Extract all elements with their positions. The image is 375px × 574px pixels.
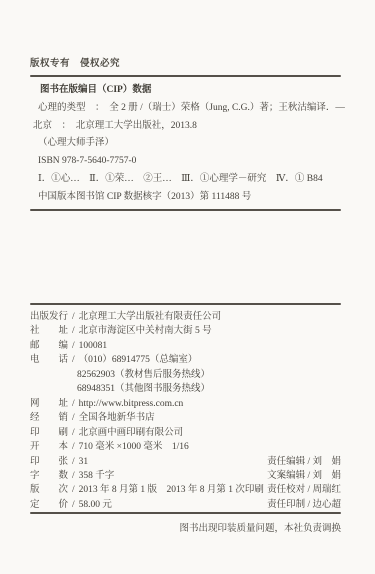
row-separator: / xyxy=(72,498,75,512)
colophon-row: 开本 / 710 毫米 ×1000 毫米 1/16 xyxy=(30,440,341,454)
row-separator: / xyxy=(72,411,75,425)
bottom-rule xyxy=(30,512,341,514)
row-value: 2013 年 8 月第 1 版 2013 年 8 月第 1 次印刷 xyxy=(79,483,264,497)
row-separator: / xyxy=(72,324,75,338)
colophon-row-continuation: 82562903（教材售后服务热线） xyxy=(30,368,341,382)
row-value: 58.00 元 xyxy=(79,498,112,512)
cip-bottom-rule xyxy=(30,209,341,211)
colophon-row: 版次 / 2013 年 8 月第 1 版 2013 年 8 月第 1 次印刷 责… xyxy=(30,483,341,497)
staff-credit: 责任校对 / 周瑞红 xyxy=(267,483,341,497)
row-label: 电话 xyxy=(30,353,68,367)
row-value: 82562903（教材售后服务热线） xyxy=(77,368,210,382)
row-separator: / xyxy=(72,397,75,411)
row-value: 北京画中画印刷有限公司 xyxy=(79,426,184,440)
cip-header: 图书在版编目（CIP）数据 xyxy=(40,82,350,100)
colophon-row: 出版发行 / 北京理工大学出版社有限责任公司 xyxy=(30,310,341,324)
colophon-row: 社址 / 北京市海淀区中关村南大街 5 号 xyxy=(30,324,341,338)
row-label: 出版发行 xyxy=(30,310,68,324)
row-label: 印刷 xyxy=(30,426,68,440)
row-value: 全国各地新华书店 xyxy=(79,411,155,425)
colophon-row: 邮编 / 100081 xyxy=(30,339,341,353)
row-separator: / xyxy=(72,440,75,454)
colophon-row-continuation: 68948351（其他图书服务热线） xyxy=(30,382,341,396)
row-label: 定价 xyxy=(30,498,68,512)
cip-block: 图书在版编目（CIP）数据 心理的类型 ： 全 2 册 /（瑞士）荣格（Jung… xyxy=(30,82,350,207)
quality-note: 图书出现印装质量问题，本社负责调换 xyxy=(179,520,341,534)
row-label: 经销 xyxy=(30,411,68,425)
row-separator: / xyxy=(72,310,75,324)
row-value: （010）68914775（总编室） xyxy=(79,353,198,367)
row-label: 字数 xyxy=(30,469,68,483)
row-value: 710 毫米 ×1000 毫米 1/16 xyxy=(79,440,189,454)
colophon-block: 出版发行 / 北京理工大学出版社有限责任公司 社址 / 北京市海淀区中关村南大街… xyxy=(30,310,341,512)
row-label: 邮编 xyxy=(30,339,68,353)
staff-credit: 责任编辑 / 刘 娟 xyxy=(267,455,341,469)
row-separator: / xyxy=(72,455,75,469)
row-separator: / xyxy=(72,483,75,497)
row-label: 社址 xyxy=(30,324,68,338)
cip-classification-line: Ⅰ．①心… Ⅱ．①荣… ②王… Ⅲ．①心理学－研究 Ⅳ．① B84 xyxy=(38,171,350,189)
row-label: 网址 xyxy=(30,397,68,411)
cip-publisher-line: 北京 ： 北京理工大学出版社，2013.8 xyxy=(33,118,350,136)
colophon-row: 印刷 / 北京画中画印刷有限公司 xyxy=(30,426,341,440)
row-separator: / xyxy=(72,353,75,367)
cip-title-line: 心理的类型 ： 全 2 册 /（瑞士）荣格（Jung, C.G.）著；王秋沽编译… xyxy=(38,100,350,118)
colophon-row: 网址 / http://www.bitpress.com.cn xyxy=(30,397,341,411)
copyright-notice: 版权专有 侵权必究 xyxy=(30,55,120,69)
row-value: 68948351（其他图书服务热线） xyxy=(77,382,210,396)
colophon-row: 印张 / 31 责任编辑 / 刘 娟 xyxy=(30,455,341,469)
row-value: 100081 xyxy=(79,339,108,353)
top-rule xyxy=(30,75,341,77)
row-value: 31 xyxy=(79,455,89,469)
colophon-top-rule xyxy=(30,303,341,305)
row-value: 北京市海淀区中关村南大街 5 号 xyxy=(79,324,212,338)
row-separator: / xyxy=(72,339,75,353)
colophon-row: 定价 / 58.00 元 责任印制 / 边心超 xyxy=(30,498,341,512)
colophon-row: 字数 / 358 千字 文案编辑 / 刘 娟 xyxy=(30,469,341,483)
row-value: 358 千字 xyxy=(79,469,115,483)
cip-registration-line: 中国版本图书馆 CIP 数据核字（2013）第 111488 号 xyxy=(38,189,350,207)
cip-series-line: （心理大师手泽） xyxy=(38,135,350,153)
cip-isbn-line: ISBN 978-7-5640-7757-0 xyxy=(38,153,350,171)
row-label: 开本 xyxy=(30,440,68,454)
row-value: 北京理工大学出版社有限责任公司 xyxy=(79,310,222,324)
colophon-row: 电话 / （010）68914775（总编室） xyxy=(30,353,341,367)
colophon-row: 经销 / 全国各地新华书店 xyxy=(30,411,341,425)
row-value: http://www.bitpress.com.cn xyxy=(79,397,184,411)
row-separator: / xyxy=(72,426,75,440)
book-copyright-page: 版权专有 侵权必究 图书在版编目（CIP）数据 心理的类型 ： 全 2 册 /（… xyxy=(0,0,375,574)
staff-credit: 责任印制 / 边心超 xyxy=(267,498,341,512)
row-separator: / xyxy=(72,469,75,483)
staff-credit: 文案编辑 / 刘 娟 xyxy=(267,469,341,483)
row-label: 印张 xyxy=(30,455,68,469)
row-label: 版次 xyxy=(30,483,68,497)
